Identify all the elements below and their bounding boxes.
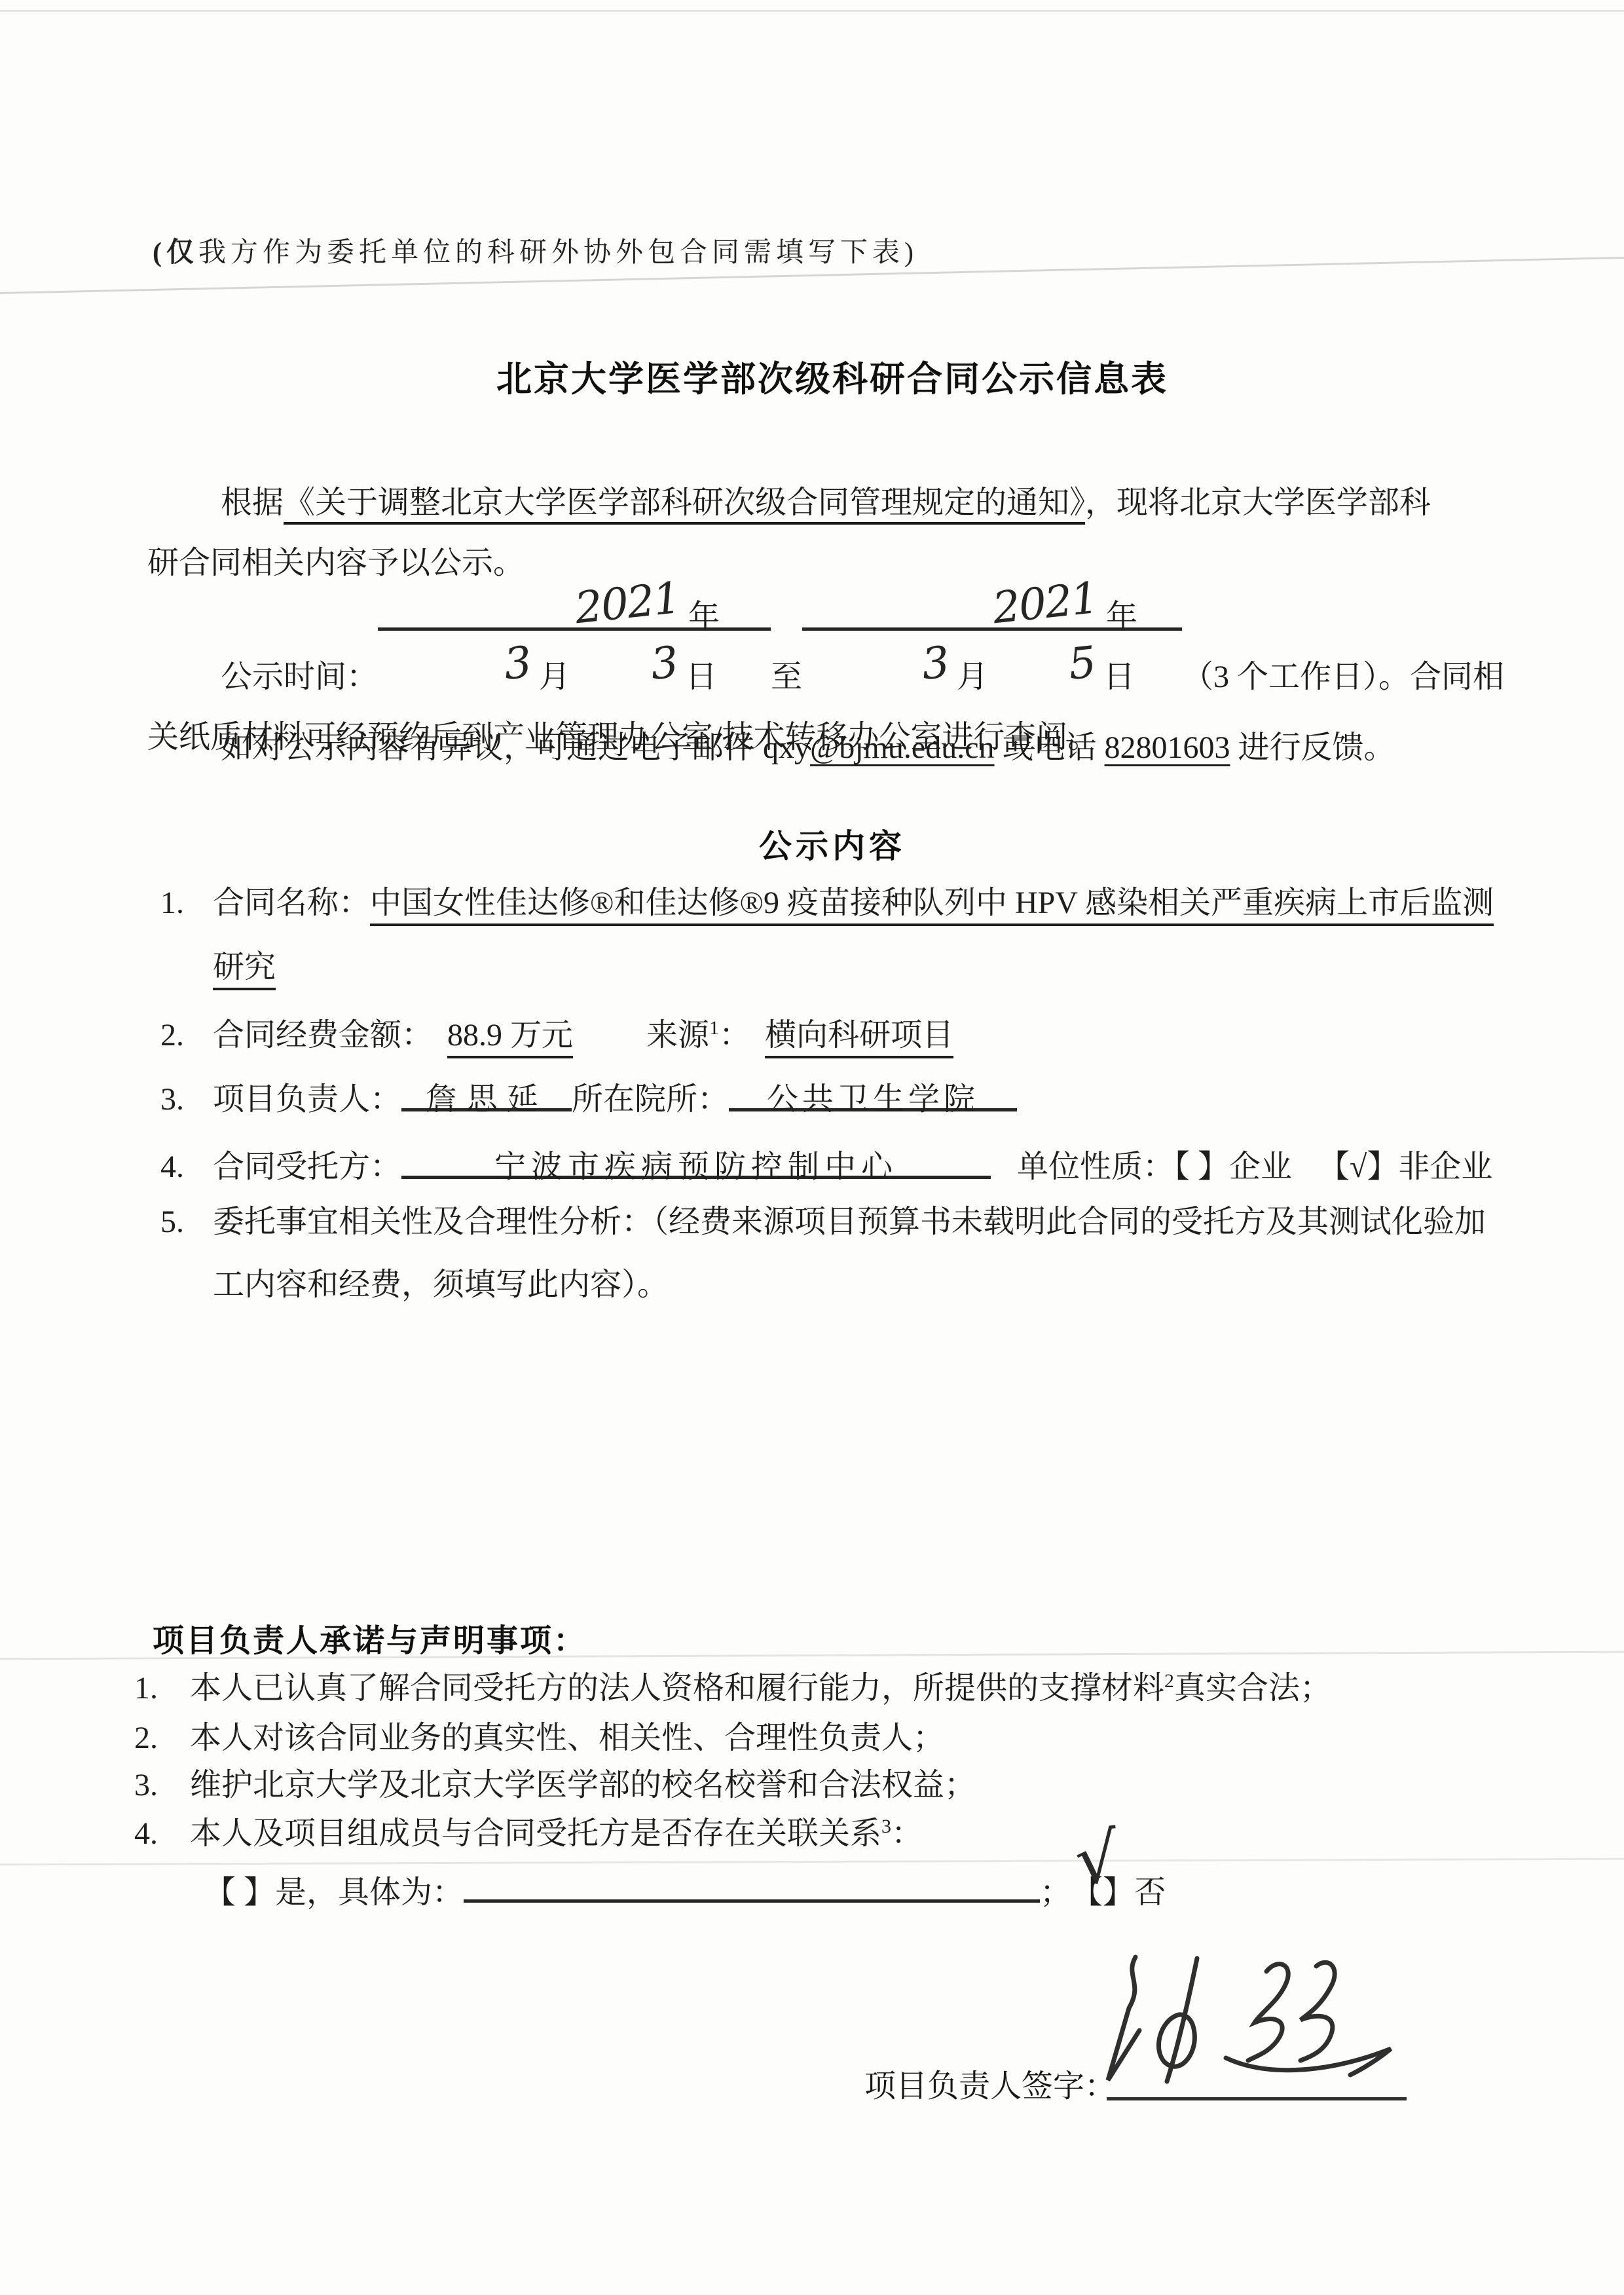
email-localpart: qxy: [763, 730, 810, 765]
top-note: (仅我方作为委托单位的科研外协外包合同需填写下表): [153, 231, 918, 270]
feedback-lead: 如对公示内容有异议，可通过电子邮件: [221, 730, 763, 765]
contract-name-value: 中国女性佳达修®和佳达修®9 疫苗接种队列中 HPV 感染相关严重疾病上市后监测…: [213, 886, 1494, 984]
feedback-tail: 进行反馈。: [1230, 730, 1395, 765]
email-domain: @bjmu.edu.cn: [810, 730, 994, 765]
source-label: 来源: [646, 1018, 709, 1053]
day-unit: 日: [1103, 660, 1135, 694]
declaration-item: 4. 本人及项目组成员与合同受托方是否存在关联关系3：: [134, 1809, 1513, 1859]
list-item-project-leader: 3. 项目负责人：詹思延所在院所：公共卫生学院: [160, 1068, 1513, 1132]
handwritten-end-year: 2021: [919, 583, 1099, 631]
item-number: 5.: [160, 1191, 213, 1316]
scan-streak-top: [0, 10, 1624, 12]
dept-blank: 公共卫生学院: [729, 1068, 1017, 1111]
year-unit: 年: [1106, 599, 1137, 634]
feedback-mid: 或电话: [995, 730, 1105, 765]
contract-name-label: 合同名称：: [213, 886, 370, 920]
item-number: 1.: [134, 1664, 190, 1713]
item-number: 3.: [160, 1068, 213, 1132]
item-number: 1.: [160, 871, 213, 999]
start-date-blank: 2021 年 3 月 3 日: [378, 587, 771, 631]
item-body: 项目负责人：詹思延所在院所：公共卫生学院: [213, 1068, 1513, 1132]
publicity-time-label: 公示时间：: [221, 660, 378, 694]
top-note-rest: 我方作为委托单位的科研外协外包合同需填写下表): [198, 238, 918, 268]
list-item-contract-amount: 2. 合同经费金额：88.9 万元来源1：横向科研项目: [160, 1003, 1513, 1068]
relation-line: 【 】是，具体为：；【√】否: [204, 1859, 1166, 1918]
month-unit: 月: [539, 660, 570, 694]
intro-lead: 根据: [221, 485, 284, 520]
specify-blank: [464, 1859, 1040, 1903]
declaration-tail: ：: [891, 1816, 923, 1851]
page-title: 北京大学医学部次级科研合同公示信息表: [147, 351, 1517, 401]
intro-paragraph: 根据《关于调整北京大学医学部科研次级合同管理规定的通知》，现将北京大学医学部科研…: [147, 473, 1460, 593]
item-body: 合同名称：中国女性佳达修®和佳达修®9 疫苗接种队列中 HPV 感染相关严重疾病…: [213, 871, 1513, 999]
amount-label: 合同经费金额：: [213, 1018, 433, 1053]
checkbox-no-option: 【√】否: [1071, 1868, 1166, 1918]
phone-number: 82801603: [1105, 730, 1230, 765]
source-value: 横向科研项目: [750, 1018, 968, 1053]
declaration-text: 本人已认真了解合同受托方的法人资格和履行能力，所提供的支撑材料: [190, 1671, 1164, 1706]
handwritten-checkmark: √: [1073, 1832, 1121, 1886]
dept-label: 所在院所：: [572, 1082, 729, 1117]
handwritten-start-year: 2021: [501, 583, 681, 631]
item-number: 2.: [134, 1713, 190, 1763]
item-body: 本人已认真了解合同受托方的法人资格和履行能力，所提供的支撑材料2真实合法；: [190, 1664, 1331, 1713]
source-colon: ：: [719, 1018, 750, 1053]
handwritten-start-day: 3: [576, 647, 678, 688]
item-body: 维护北京大学及北京大学医学部的校名校誉和合法权益；: [190, 1761, 976, 1810]
list-item-contract-name: 1. 合同名称：中国女性佳达修®和佳达修®9 疫苗接种队列中 HPV 感染相关严…: [160, 871, 1513, 999]
end-date-blank: 2021 年 3 月 5 日: [802, 587, 1182, 631]
no-label: 否: [1134, 1875, 1166, 1910]
item-number: 4.: [134, 1809, 190, 1859]
handwritten-start-month: 3: [430, 647, 532, 688]
nature-label: 单位性质：: [1017, 1149, 1174, 1184]
handwritten-end-month: 3: [847, 647, 950, 688]
month-unit: 月: [957, 660, 988, 694]
to-character: 至: [771, 660, 802, 694]
content-section-heading: 公示内容: [147, 820, 1517, 867]
checkbox-non-enterprise: 【√】非企业: [1318, 1149, 1492, 1184]
amount-value: 88.9 万元: [433, 1018, 587, 1053]
declaration-item: 2. 本人对该合同业务的真实性、相关性、合理性负责人；: [134, 1713, 1513, 1763]
footnote-ref-2: 2: [1164, 1670, 1174, 1692]
scanned-form-page: (仅我方作为委托单位的科研外协外包合同需填写下表) 北京大学医学部次级科研合同公…: [0, 0, 1624, 2295]
notice-title: 《关于调整北京大学医学部科研次级合同管理规定的通知》: [284, 485, 1085, 520]
footnote-ref-3: 3: [881, 1816, 891, 1837]
footnote-ref-1: 1: [709, 1017, 719, 1039]
declaration-text: 本人对该合同业务的真实性、相关性、合理性负责人；: [190, 1721, 944, 1755]
checkbox-enterprise: 【 】企业: [1174, 1149, 1292, 1184]
leader-name-blank: 詹思延: [401, 1068, 572, 1111]
checkbox-yes-option: 【 】是，具体为：: [204, 1875, 464, 1910]
list-item-contractor: 4. 合同受托方：宁波市疾病预防控制中心单位性质：【 】企业【√】非企业: [160, 1135, 1513, 1199]
item-number: 3.: [134, 1761, 190, 1810]
declaration-tail: 真实合法；: [1174, 1671, 1331, 1706]
declaration-item: 1. 本人已认真了解合同受托方的法人资格和履行能力，所提供的支撑材料2真实合法；: [134, 1664, 1513, 1713]
feedback-paragraph: 如对公示内容有异议，可通过电子邮件 qxy@bjmu.edu.cn 或电话 82…: [147, 718, 1517, 778]
item-body: 合同受托方：宁波市疾病预防控制中心单位性质：【 】企业【√】非企业: [213, 1135, 1513, 1199]
list-item-analysis: 5. 委托事宜相关性及合理性分析：（经费来源项目预算书未载明此合同的受托方及其测…: [160, 1191, 1513, 1316]
signature-label: 项目负责人签字：: [864, 2061, 1116, 2106]
contractor-blank: 宁波市疾病预防控制中心: [401, 1135, 991, 1179]
leader-label: 项目负责人：: [213, 1082, 401, 1117]
item-number: 4.: [160, 1135, 213, 1199]
declaration-heading: 项目负责人承诺与声明事项：: [153, 1615, 587, 1660]
contractor-label: 合同受托方：: [213, 1149, 401, 1184]
top-note-lead: (仅: [153, 238, 198, 268]
item-number: 2.: [160, 1003, 213, 1068]
handwritten-end-day: 5: [994, 647, 1096, 688]
item-body: 合同经费金额：88.9 万元来源1：横向科研项目: [213, 1003, 1513, 1068]
declaration-item: 3. 维护北京大学及北京大学医学部的校名校誉和合法权益；: [134, 1761, 1513, 1810]
declaration-text: 本人及项目组成员与合同受托方是否存在关联关系: [190, 1816, 881, 1851]
declaration-text: 维护北京大学及北京大学医学部的校名校誉和合法权益；: [190, 1768, 976, 1802]
item-body: 委托事宜相关性及合理性分析：（经费来源项目预算书未载明此合同的受托方及其测试化验…: [213, 1191, 1513, 1316]
item-body: 本人对该合同业务的真实性、相关性、合理性负责人；: [190, 1713, 944, 1763]
year-unit: 年: [688, 599, 720, 634]
signature-handwriting: [1095, 1950, 1409, 2101]
item-body: 本人及项目组成员与合同受托方是否存在关联关系3：: [190, 1809, 923, 1859]
day-unit: 日: [686, 660, 717, 694]
semicolon: ；: [1040, 1875, 1071, 1910]
